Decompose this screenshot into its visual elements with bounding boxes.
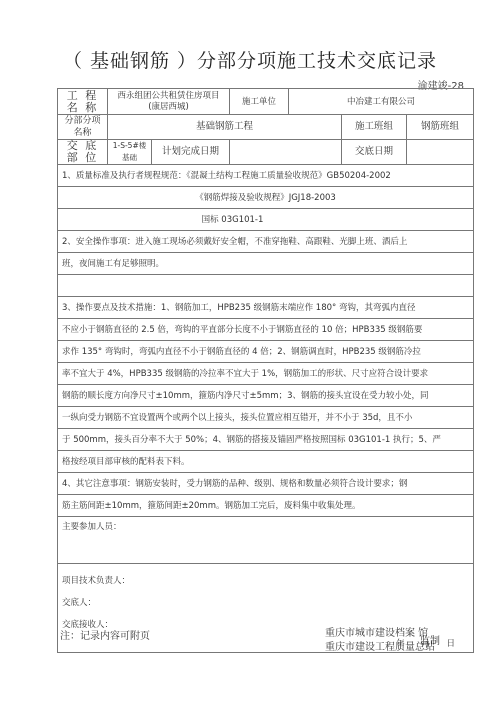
row-location: 交 底 部 位 1-S-5#楼基础 计划完成日期 交底日期	[58, 140, 474, 165]
row-project: 工 程 名 称 西永组团公共租赁住房项目 (康居西城) 施工单位 中冶建工有限公…	[58, 89, 474, 115]
footer-supervised: 监制	[420, 632, 440, 647]
footer-note: 注：记录内容可附页	[60, 627, 150, 642]
contractor-value: 中冶建工有限公司	[289, 89, 474, 115]
body-line: 于 500mm，接头百分率不大于 50%；4、钢筋的搭接及锚固严格按照国标 03…	[58, 429, 474, 451]
body-line: 钢筋的顺长度方向净尺寸±10mm，箍筋内净尺寸±5mm；3、钢筋的接头宜设在受力…	[58, 385, 474, 407]
location-label: 交 底 部 位	[58, 140, 108, 165]
project-name-label: 工 程 名 称	[58, 89, 108, 115]
body-line: 4、其它注意事项：钢筋安装时，受力钢筋的品种、级别、规格和数量必须符合设计要求；…	[58, 473, 474, 495]
disclosure-date-value[interactable]	[407, 140, 474, 165]
signature-discloser: 交底人：	[58, 592, 474, 614]
participants-label: 主要参加人员：	[58, 517, 474, 564]
body-line: 格按经项目部审核的配料表下料。	[58, 451, 474, 473]
project-name-value: 西永组团公共租赁住房项目 (康居西城)	[108, 89, 230, 115]
footer-org-line2: 重庆市建设工程质量总站	[325, 641, 435, 655]
body-line: 班，夜间施工有足够照明。	[58, 253, 474, 275]
team-label: 施工班组	[342, 115, 407, 140]
planned-date-label: 计划完成日期	[152, 140, 230, 165]
signature-tech-lead: 项目技术负责人：	[58, 564, 474, 593]
footer-org: 重庆市城市建设档案 馆 重庆市建设工程质量总站	[325, 627, 435, 655]
participants-row: 主要参加人员：	[58, 517, 474, 564]
body-line: 2、安全操作事项：进入施工现场必须戴好安全帽，不准穿拖鞋、高跟鞋、光脚上班、酒后…	[58, 231, 474, 253]
body-line: 求作 135° 弯钩时，弯弧内直径不小于钢筋直径的 4 倍；2、钢筋调直时，HP…	[58, 341, 474, 363]
body-line: 不应小于钢筋直径的 2.5 倍，弯钩的平直部分长度不小于钢筋直径的 10 倍；H…	[58, 319, 474, 341]
disclosure-table: 工 程 名 称 西永组团公共租赁住房项目 (康居西城) 施工单位 中冶建工有限公…	[57, 88, 474, 653]
subproject-value: 基础钢筋工程	[108, 115, 342, 140]
location-value: 1-S-5#楼基础	[108, 140, 152, 165]
body-line: 筋主筋间距±10mm，箍筋间距±20mm。钢筋加工完后，废料集中收集处理。	[58, 495, 474, 517]
team-value: 钢筋班组	[407, 115, 474, 140]
body-line: 国标 03G101-1	[58, 209, 474, 231]
document-title: （ 基础钢筋 ）分部分项施工技术交底记录	[0, 46, 500, 73]
planned-date-value[interactable]	[230, 140, 342, 165]
body-line: 一纵向受力钢筋不宜设置两个或两个以上接头，接头位置应相互错开，并不小于 35d，…	[58, 407, 474, 429]
disclosure-date-label: 交底日期	[342, 140, 407, 165]
body-line: 率不宜大于 4%，HPB335 级钢筋的冷拉率不宜大于 1%，钢筋加工的形状、尺…	[58, 363, 474, 385]
subproject-label: 分部分项名称	[58, 115, 108, 140]
body-line: 3、操作要点及技术措施：1、钢筋加工，HPB235 级钢筋末端应作 180° 弯…	[58, 297, 474, 319]
body-line: 1、质量标准及执行者规程规范：《混凝土结构工程施工质量验收规范》GB50204-…	[58, 165, 474, 187]
body-line	[58, 275, 474, 297]
footer-org-line1: 重庆市城市建设档案 馆	[325, 627, 435, 641]
body-line: 《钢筋焊接及验收规程》JGJ18-2003	[58, 187, 474, 209]
row-subproject: 分部分项名称 基础钢筋工程 施工班组 钢筋班组	[58, 115, 474, 140]
contractor-label: 施工单位	[230, 89, 289, 115]
